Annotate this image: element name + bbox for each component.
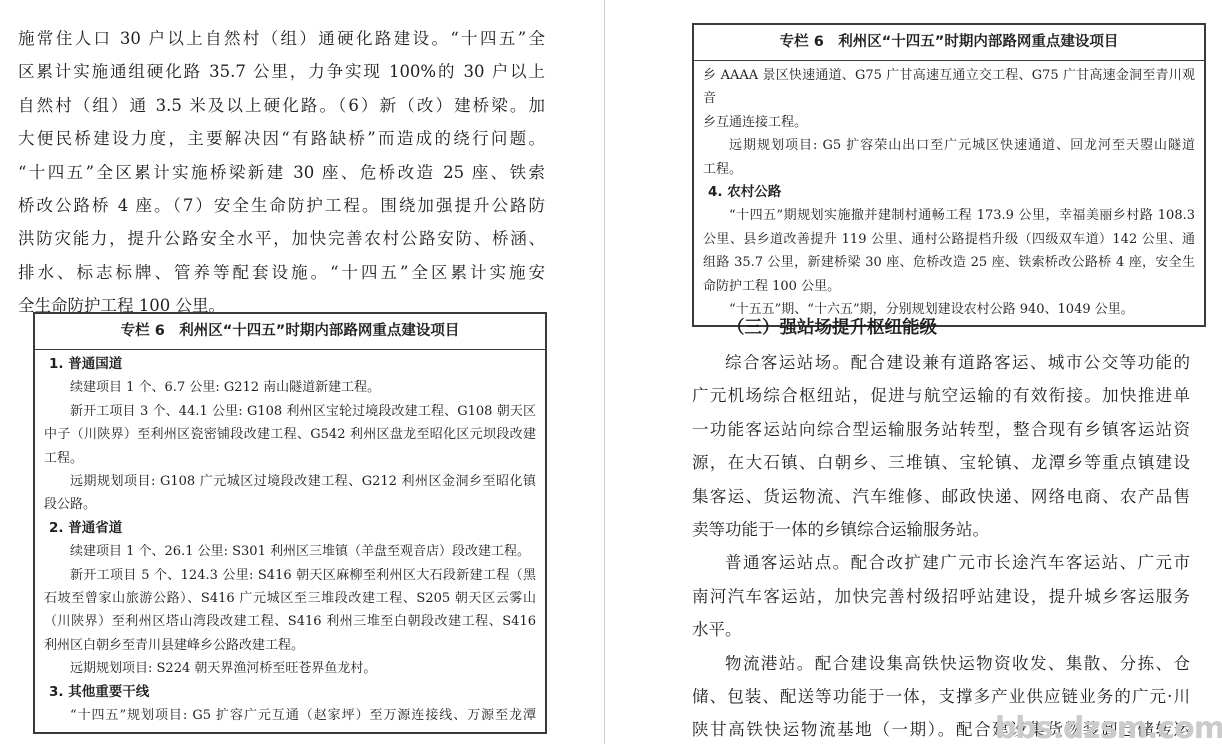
column-box-right-title: 专栏 6 利州区“十四五”时期内部路网重点建设项目	[694, 25, 1204, 61]
text-line: 组路 35.7 公里，新建桥梁 30 座、危桥改造 25 座、铁索桥改公路桥 4…	[703, 251, 1195, 274]
text-line: 水平。	[692, 613, 1190, 646]
text-line: 新开工项目 3 个、44.1 公里: G108 利州区宝轮过境段改建工程、G10…	[44, 400, 536, 423]
text-line: 一功能客运站向综合型运输服务站转型，整合现有乡镇客运站资	[692, 413, 1190, 446]
text-line: 自然村（组）通 3.5 米及以上硬化路。（6）新（改）建桥梁。加	[18, 89, 545, 122]
text-line: 物流港站。配合建设集高铁快运物资收发、集散、分拣、仓	[692, 647, 1190, 680]
text-line: 源，在大石镇、白朝乡、三堆镇、宝轮镇、龙潭乡等重点镇建设	[692, 446, 1190, 479]
text-line: “十四五”期规划实施撤并建制村通畅工程 173.9 公里，幸福美丽乡村路 108…	[703, 204, 1195, 227]
text-line: 施常住人口 30 户以上自然村（组）通硬化路建设。“十四五”全	[18, 22, 545, 55]
text-line: 乡 AAAA 景区快速通道、G75 广甘高速互通立交工程、G75 广甘高速金洞至…	[703, 64, 1195, 111]
column-box-left-body: 1. 普通国道续建项目 1 个、6.7 公里: G212 南山隧道新建工程。新开…	[35, 350, 545, 732]
section-heading: （三）强站场提升枢纽能级	[692, 310, 1190, 346]
text-line: 石坡至曾家山旅游公路）、S416 广元城区至三堆段改建工程、S205 朝天区云雾…	[44, 587, 536, 610]
left-page-body-text: 施常住人口 30 户以上自然村（组）通硬化路建设。“十四五”全区累计实施通组硬化…	[18, 22, 545, 323]
text-line: 桥改公路桥 4 座。（7）安全生命防护工程。围绕加强提升公路防	[18, 189, 545, 222]
watermark: bbs.dzsm.com	[995, 714, 1222, 744]
text-line: 远期规划项目: G5 扩容荣山出口至广元城区快速通道、回龙河至天曌山隧道	[703, 134, 1195, 157]
text-line: 新开工项目 5 个、124.3 公里: S416 朝天区麻柳至利州区大石段新建工…	[44, 564, 536, 587]
text-line: 远期规划项目: S224 朝天界渔河桥至旺苍界鱼龙村。	[44, 657, 536, 680]
text-line: 中子（川陕界）至利州区瓷密铺段改建工程、G542 利州区盘龙至昭化区元坝段改建	[44, 423, 536, 446]
text-line: 工程。	[703, 158, 1195, 181]
column-box-left: 专栏 6 利州区“十四五”时期内部路网重点建设项目 1. 普通国道续建项目 1 …	[33, 312, 547, 734]
right-page-paragraph-lines: 综合客运站场。配合建设兼有道路客运、城市公交等功能的广元机场综合枢纽站，促进与航…	[692, 346, 1190, 744]
text-line: 洪防灾能力，提升公路安全水平，加快完善农村公路安防、桥涵、	[18, 222, 545, 255]
right-page-body-text: （三）强站场提升枢纽能级 综合客运站场。配合建设兼有道路客运、城市公交等功能的广…	[692, 310, 1190, 744]
text-line: “十四五”全区累计实施桥梁新建 30 座、危桥改造 25 座、铁索	[18, 156, 545, 189]
text-line: 利州区白朝乡至青川县建峰乡公路改建工程。	[44, 634, 536, 657]
text-line: 区累计实施通组硬化路 35.7 公里，力争实现 100%的 30 户以上	[18, 55, 545, 88]
page-divider	[604, 0, 605, 744]
text-line: 储、包装、配送等功能于一体，支撑多产业供应链业务的广元·川	[692, 680, 1190, 713]
column-box-right-body: 乡 AAAA 景区快速通道、G75 广甘高速互通立交工程、G75 广甘高速金洞至…	[694, 61, 1204, 325]
text-line: 续建项目 1 个、26.1 公里: S301 利州区三堆镇（羊盘至观音店）段改建…	[44, 540, 536, 563]
text-line: 集客运、货运物流、汽车维修、邮政快递、网络电商、农产品售	[692, 480, 1190, 513]
text-line: 综合客运站场。配合建设兼有道路客运、城市公交等功能的	[692, 346, 1190, 379]
text-line: 段公路。	[44, 493, 536, 516]
text-line: 南河汽车客运站，加快完善村级招呼站建设，提升城乡客运服务	[692, 580, 1190, 613]
text-line: “十四五”规划项目: G5 扩容广元互通（赵家坪）至万源连接线、万源至龙潭	[44, 704, 536, 727]
text-line: 2. 普通省道	[44, 517, 536, 540]
text-line: 工程。	[44, 447, 536, 470]
text-line: 卖等功能于一体的乡镇综合运输服务站。	[692, 513, 1190, 546]
text-line: 1. 普通国道	[44, 353, 536, 376]
text-line: 乡互通连接工程。	[703, 111, 1195, 134]
text-line: 续建项目 1 个、6.7 公里: G212 南山隧道新建工程。	[44, 376, 536, 399]
text-line: 远期规划项目: G108 广元城区过境段改建工程、G212 利州区金洞乡至昭化镇	[44, 470, 536, 493]
text-line: 命防护工程 100 公里。	[703, 275, 1195, 298]
text-line: 4. 农村公路	[703, 181, 1195, 204]
text-line: 普通客运站点。配合改扩建广元市长途汽车客运站、广元市	[692, 546, 1190, 579]
text-line: 排水、标志标牌、管养等配套设施。“十四五”全区累计实施安	[18, 256, 545, 289]
text-line: 3. 其他重要干线	[44, 681, 536, 704]
text-line: 广元机场综合枢纽站，促进与航空运输的有效衔接。加快推进单	[692, 379, 1190, 412]
text-line: 公里、县乡道改善提升 119 公里、通村公路提档升级（四级双车道）142 公里、…	[703, 228, 1195, 251]
column-box-left-title: 专栏 6 利州区“十四五”时期内部路网重点建设项目	[35, 314, 545, 350]
column-box-right: 专栏 6 利州区“十四五”时期内部路网重点建设项目 乡 AAAA 景区快速通道、…	[692, 23, 1206, 327]
text-line: 大便民桥建设力度，主要解决因“有路缺桥”而造成的绕行问题。	[18, 122, 545, 155]
text-line: （川陕界）至利州区塔山湾段改建工程、S416 利州三堆至白朝段改建工程、S416	[44, 610, 536, 633]
